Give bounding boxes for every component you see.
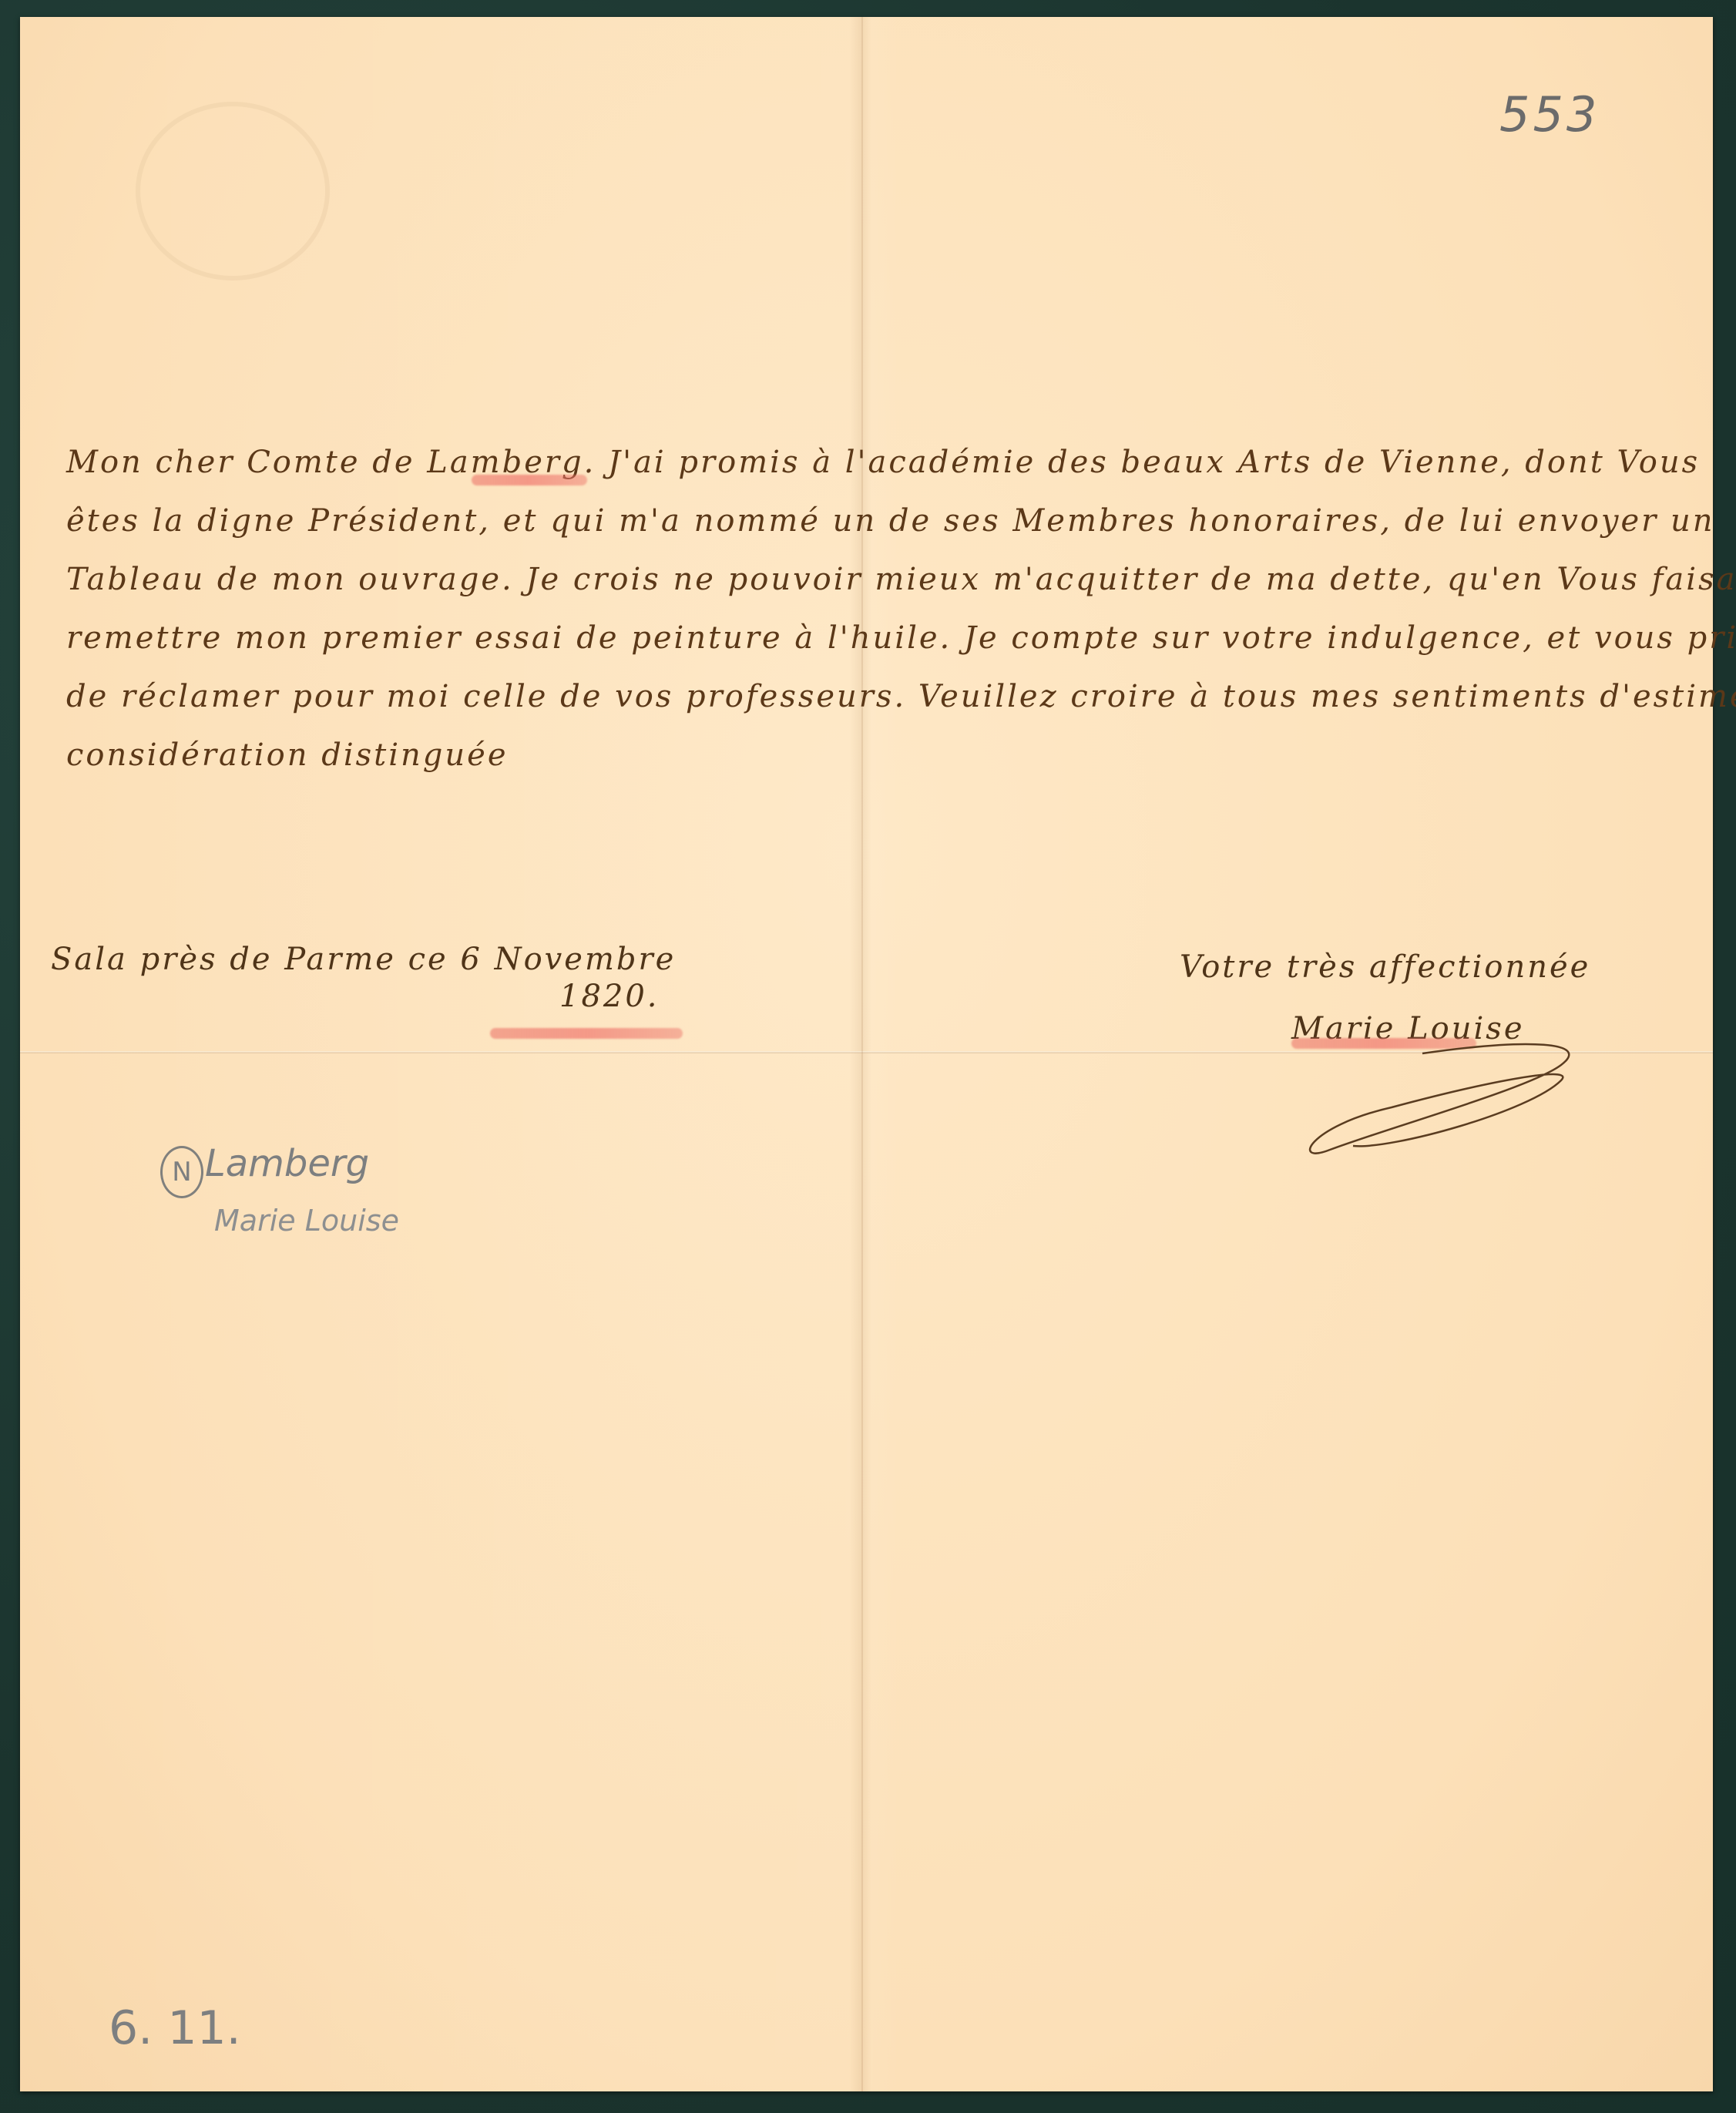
body-line: remettre mon premier essai de peinture à… [66, 615, 1736, 661]
pencil-sender-note: Marie Louise [214, 1204, 399, 1238]
letter-sheet: 553 Mon cher Comte de Lamberg. J'ai prom… [20, 17, 1713, 2091]
folio-number: 553 [1499, 86, 1600, 143]
body-line: considération distinguée [66, 732, 509, 778]
signature-flourish [1299, 1034, 1669, 1173]
red-crayon-underline-lamberg [472, 475, 587, 485]
dateline-year: 1820. [559, 979, 660, 1014]
body-line: êtes la digne Président, et qui m'a nomm… [66, 498, 1715, 544]
body-line: Tableau de mon ouvrage. Je crois ne pouv… [66, 556, 1736, 603]
body-line: Mon cher Comte de Lamberg. J'ai promis à… [66, 439, 1700, 485]
pencil-circle-annotation: N [160, 1146, 203, 1198]
closing-salutation: Votre très affectionnée [1180, 949, 1590, 985]
vertical-fold [861, 17, 863, 2091]
dateline-place: Sala près de Parme ce 6 Novembre [51, 942, 676, 977]
body-line: de réclamer pour moi celle de vos profes… [66, 674, 1736, 720]
red-crayon-underline-date [490, 1028, 683, 1039]
embossed-seal [136, 102, 330, 281]
pencil-date-note: 6. 11. [109, 2001, 241, 2055]
pencil-recipient-note: Lamberg [205, 1142, 369, 1185]
